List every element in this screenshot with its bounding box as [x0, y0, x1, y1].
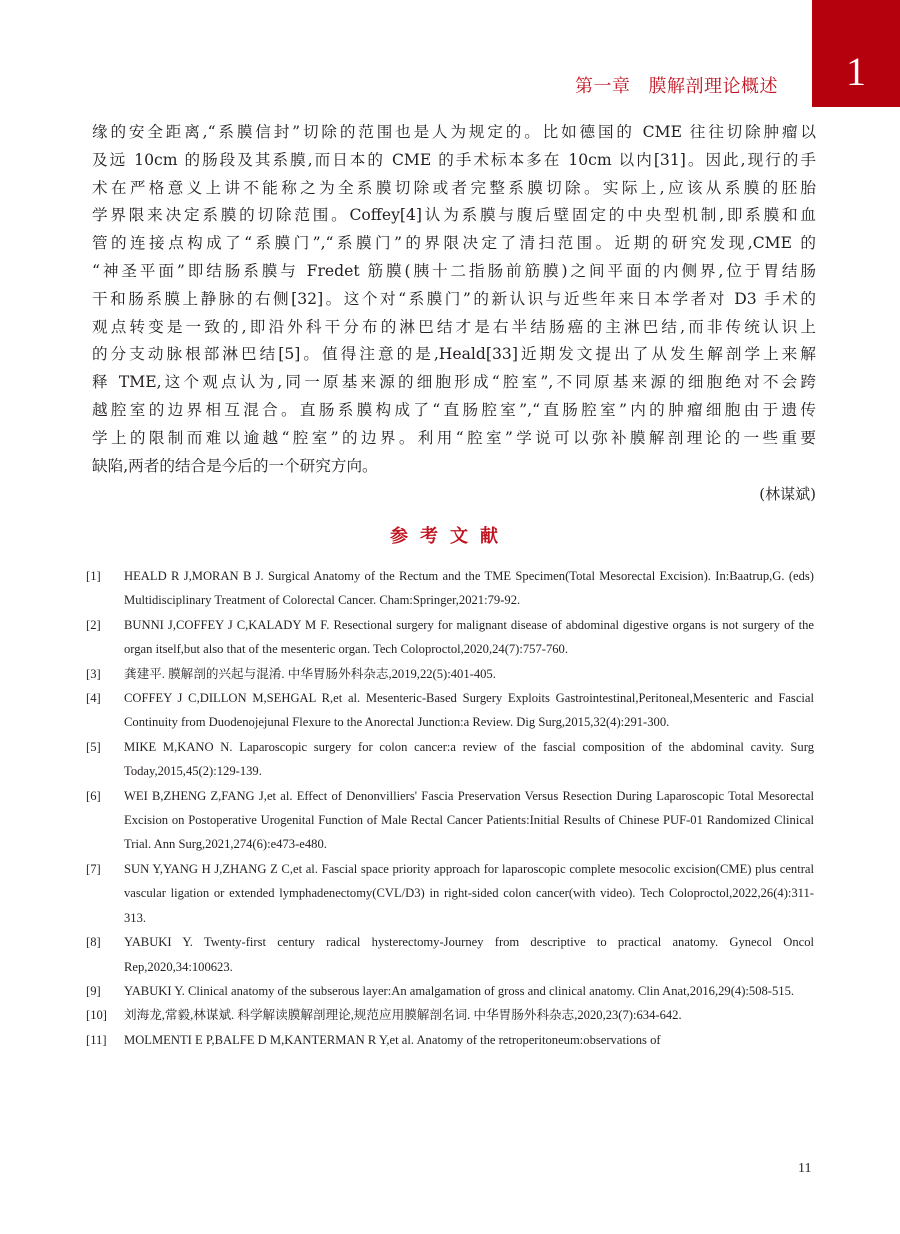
- reference-number: [9]: [86, 979, 122, 1003]
- author-attribution: (林谋斌): [759, 483, 816, 504]
- reference-item: [10]刘海龙,常毅,林谋斌. 科学解读膜解剖理论,规范应用膜解剖名词. 中华胃…: [124, 1003, 814, 1027]
- body-line: 学界限来决定系膜的切除范围。Coffey[4]认为系膜与腹后壁固定的中央型机制,…: [92, 202, 816, 230]
- reference-item: [5]MIKE M,KANO N. Laparoscopic surgery f…: [124, 735, 814, 784]
- body-line: “神圣平面”即结肠系膜与 Fredet 筋膜(胰十二指肠前筋膜)之间平面的内侧界…: [92, 258, 816, 286]
- body-line: 及远 10cm 的肠段及其系膜,而日本的 CME 的手术标本多在 10cm 以内…: [92, 147, 816, 175]
- chapter-number-tab: 1: [812, 0, 900, 107]
- reference-text: COFFEY J C,DILLON M,SEHGAL R,et al. Mese…: [124, 686, 814, 735]
- reference-item: [2]BUNNI J,COFFEY J C,KALADY M F. Resect…: [124, 613, 814, 662]
- reference-text: BUNNI J,COFFEY J C,KALADY M F. Resection…: [124, 613, 814, 662]
- reference-text: SUN Y,YANG H J,ZHANG Z C,et al. Fascial …: [124, 857, 814, 930]
- reference-text: 刘海龙,常毅,林谋斌. 科学解读膜解剖理论,规范应用膜解剖名词. 中华胃肠外科杂…: [124, 1003, 814, 1027]
- body-line: 管的连接点构成了“系膜门”,“系膜门”的界限决定了清扫范围。近期的研究发现,CM…: [92, 230, 816, 258]
- reference-number: [10]: [86, 1003, 122, 1027]
- running-header: 第一章膜解剖理论概述: [575, 72, 778, 98]
- reference-item: [3]龚建平. 膜解剖的兴起与混淆. 中华胃肠外科杂志,2019,22(5):4…: [124, 662, 814, 686]
- reference-text: YABUKI Y. Twenty-first century radical h…: [124, 930, 814, 979]
- body-line: 的分支动脉根部淋巴结[5]。值得注意的是,Heald[33]近期发文提出了从发生…: [92, 341, 816, 369]
- reference-item: [7]SUN Y,YANG H J,ZHANG Z C,et al. Fasci…: [124, 857, 814, 930]
- reference-number: [7]: [86, 857, 122, 881]
- page-number: 11: [798, 1161, 811, 1177]
- body-line: 观点转变是一致的,即沿外科干分布的淋巴结才是右半结肠癌的主淋巴结,而非传统认识上: [92, 314, 816, 342]
- body-line: 缺陷,两者的结合是今后的一个研究方向。: [92, 453, 816, 481]
- reference-text: WEI B,ZHENG Z,FANG J,et al. Effect of De…: [124, 784, 814, 857]
- reference-number: [11]: [86, 1028, 122, 1052]
- reference-number: [8]: [86, 930, 122, 954]
- reference-number: [6]: [86, 784, 122, 808]
- reference-item: [8]YABUKI Y. Twenty-first century radica…: [124, 930, 814, 979]
- body-line: 术在严格意义上讲不能称之为全系膜切除或者完整系膜切除。实际上,应该从系膜的胚胎: [92, 175, 816, 203]
- reference-list: [1]HEALD R J,MORAN B J. Surgical Anatomy…: [124, 564, 814, 1052]
- chapter-name: 膜解剖理论概述: [649, 76, 779, 97]
- chapter-label: 第一章: [575, 76, 631, 97]
- body-line: 越腔室的边界相互混合。直肠系膜构成了“直肠腔室”,“直肠腔室”内的肿瘤细胞由于遗…: [92, 397, 816, 425]
- reference-number: [5]: [86, 735, 122, 759]
- body-line: 学上的限制而难以逾越“腔室”的边界。利用“腔室”学说可以弥补膜解剖理论的一些重要: [92, 425, 816, 453]
- references-heading: 参考文献: [0, 522, 900, 548]
- reference-item: [4]COFFEY J C,DILLON M,SEHGAL R,et al. M…: [124, 686, 814, 735]
- reference-text: HEALD R J,MORAN B J. Surgical Anatomy of…: [124, 564, 814, 613]
- reference-item: [9]YABUKI Y. Clinical anatomy of the sub…: [124, 979, 814, 1003]
- reference-item: [11]MOLMENTI E P,BALFE D M,KANTERMAN R Y…: [124, 1028, 814, 1052]
- body-paragraph: 缘的安全距离,“系膜信封”切除的范围也是人为规定的。比如德国的 CME 往往切除…: [92, 119, 816, 480]
- body-line: 干和肠系膜上静脉的右侧[32]。这个对“系膜门”的新认识与近些年来日本学者对 D…: [92, 286, 816, 314]
- reference-text: MIKE M,KANO N. Laparoscopic surgery for …: [124, 735, 814, 784]
- body-line: 释 TME,这个观点认为,同一原基来源的细胞形成“腔室”,不同原基来源的细胞绝对…: [92, 369, 816, 397]
- reference-number: [2]: [86, 613, 122, 637]
- reference-number: [1]: [86, 564, 122, 588]
- reference-number: [3]: [86, 662, 122, 686]
- body-line: 缘的安全距离,“系膜信封”切除的范围也是人为规定的。比如德国的 CME 往往切除…: [92, 119, 816, 147]
- reference-text: 龚建平. 膜解剖的兴起与混淆. 中华胃肠外科杂志,2019,22(5):401-…: [124, 662, 814, 686]
- reference-text: MOLMENTI E P,BALFE D M,KANTERMAN R Y,et …: [124, 1028, 814, 1052]
- reference-number: [4]: [86, 686, 122, 710]
- reference-item: [1]HEALD R J,MORAN B J. Surgical Anatomy…: [124, 564, 814, 613]
- reference-item: [6]WEI B,ZHENG Z,FANG J,et al. Effect of…: [124, 784, 814, 857]
- reference-text: YABUKI Y. Clinical anatomy of the subser…: [124, 979, 814, 1003]
- chapter-number: 1: [846, 48, 866, 95]
